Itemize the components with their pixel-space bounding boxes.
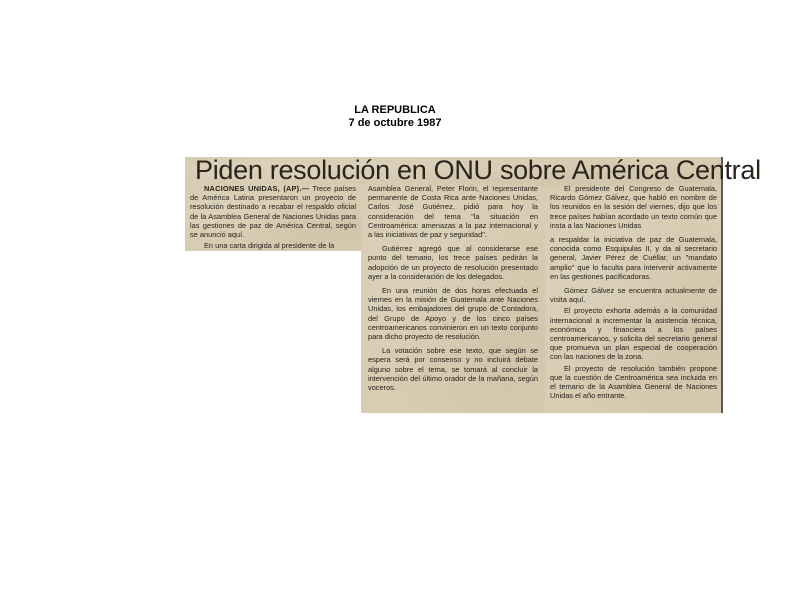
article-paragraph: En una reunión de dos horas efectuada el…: [368, 286, 538, 341]
article-paragraph: El proyecto de resolución también propon…: [550, 364, 717, 401]
article-paragraph: La votación sobre ese texto, que según s…: [368, 346, 538, 392]
article-column-right: El presidente del Congreso de Guatemala,…: [550, 184, 717, 402]
article-paragraph: El proyecto exhorta además a la comunida…: [550, 306, 717, 361]
article-paragraph: Gutiérrez agregó que al considerarse ese…: [368, 244, 538, 281]
clipping-edge-shadow: [721, 157, 723, 413]
article-dateline: NACIONES UNIDAS, (AP).—: [204, 184, 309, 193]
article-column-middle: Asamblea General, Peter Florin, el repre…: [368, 184, 538, 394]
clipping-caption: LA REPUBLICA 7 de octubre 1987: [330, 104, 460, 130]
article-headline: Piden resolución en ONU sobre América Ce…: [195, 154, 721, 186]
article-paragraph: NACIONES UNIDAS, (AP).— Trece países de …: [190, 184, 356, 239]
article-column-left: NACIONES UNIDAS, (AP).— Trece países de …: [190, 184, 356, 252]
article-paragraph: El presidente del Congreso de Guatemala,…: [550, 184, 717, 230]
publication-name: LA REPUBLICA: [330, 104, 460, 117]
article-paragraph: a respaldar la iniciativa de paz de Guat…: [550, 235, 717, 281]
article-paragraph: En una carta dirigida al presidente de l…: [190, 241, 356, 250]
article-paragraph: Asamblea General, Peter Florin, el repre…: [368, 184, 538, 239]
article-paragraph: Gómez Gálvez se encuentra actualmente de…: [550, 286, 717, 304]
article-paragraph-text: Trece países de América Latina presentar…: [190, 184, 356, 239]
publication-date: 7 de octubre 1987: [330, 117, 460, 130]
